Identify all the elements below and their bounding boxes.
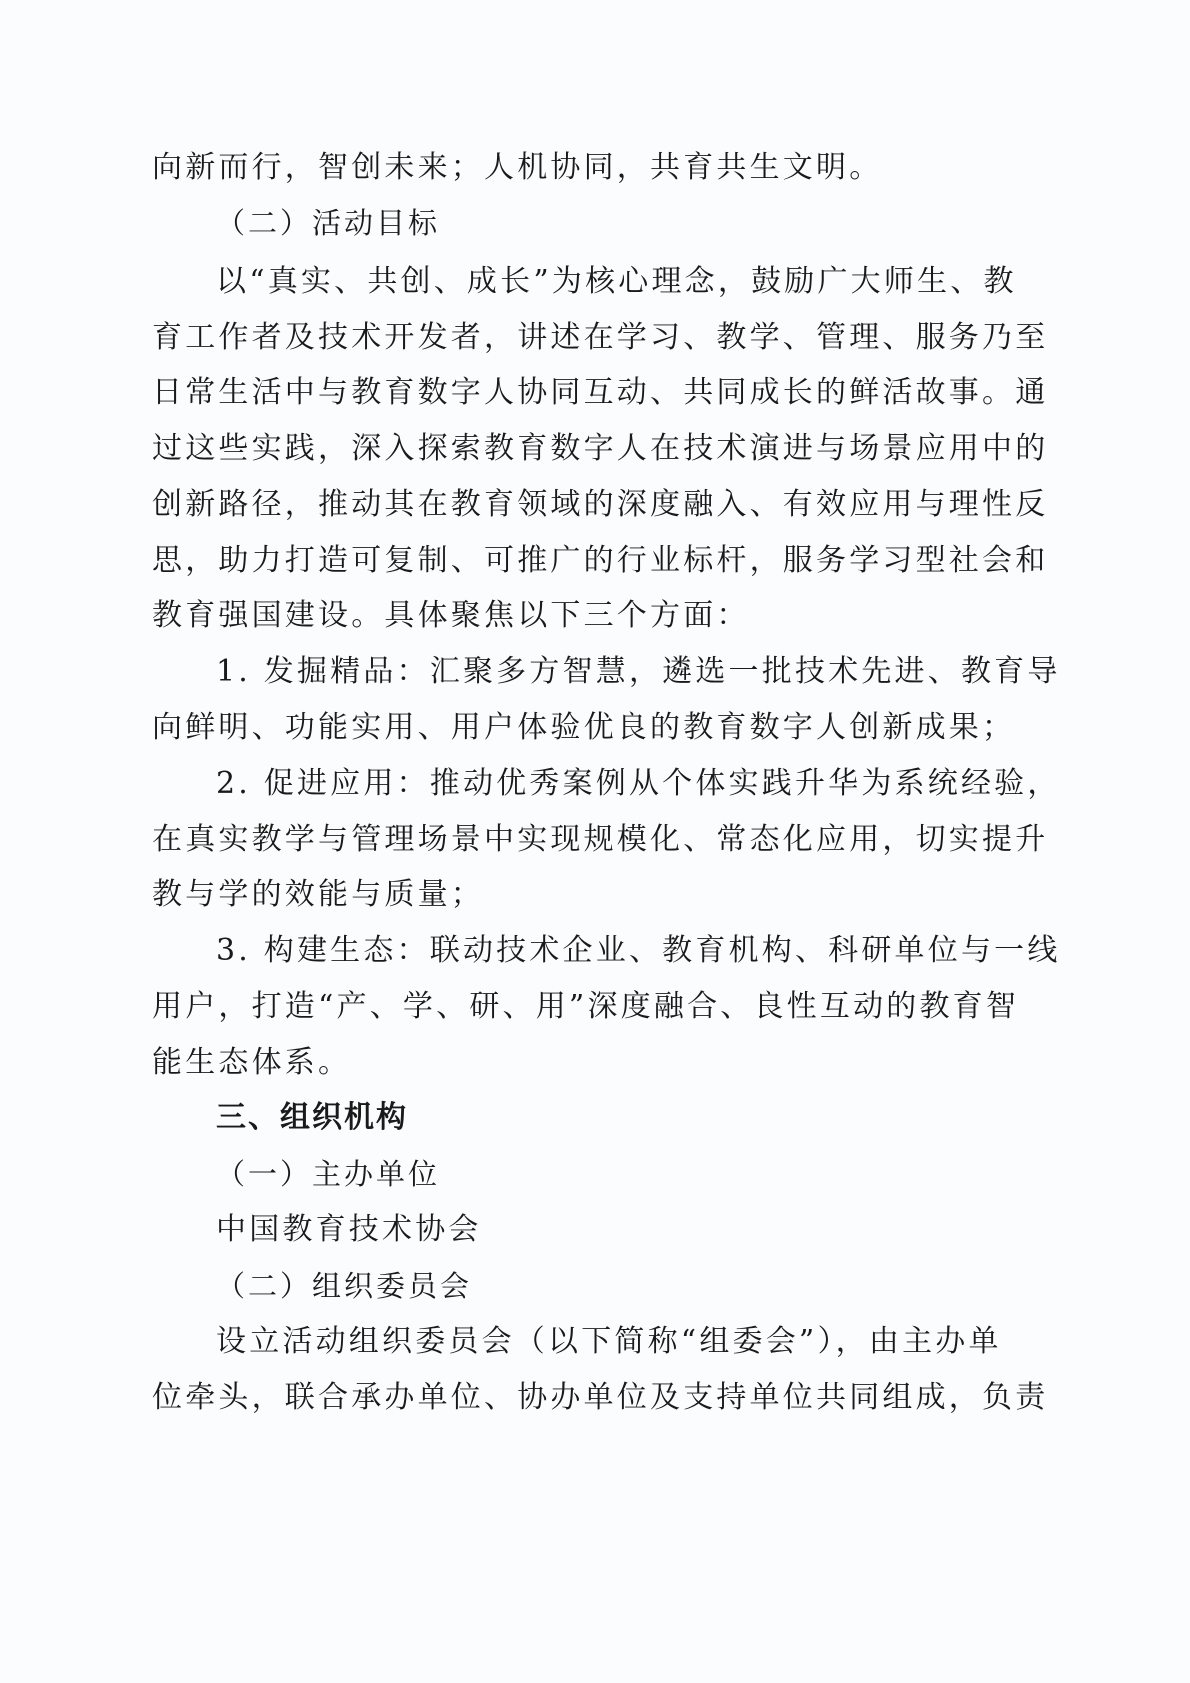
paragraph-line: 以“真实、共创、成长”为核心理念，鼓励广大师生、教 bbox=[216, 264, 1096, 300]
host-organization-name: 中国教育技术协会 bbox=[216, 1212, 1096, 1248]
paragraph-line: 创新路径，推动其在教育领域的深度融入、有效应用与理性反 bbox=[152, 487, 1032, 523]
paragraph-line: 日常生活中与教育数字人协同互动、共同成长的鲜活故事。通 bbox=[152, 375, 1032, 411]
paragraph-line: 设立活动组织委员会（以下简称“组委会”），由主办单 bbox=[216, 1324, 1096, 1360]
paragraph-line: 过这些实践，深入探索教育数字人在技术演进与场景应用中的 bbox=[152, 431, 1032, 467]
paragraph-line: 向新而行，智创未来；人机协同，共育共生文明。 bbox=[152, 150, 1032, 186]
paragraph-line: 教育强国建设。具体聚焦以下三个方面： bbox=[152, 598, 1032, 634]
sub-heading-organizing-committee: （二）组织委员会 bbox=[216, 1268, 1096, 1304]
paragraph-line: 育工作者及技术开发者，讲述在学习、教学、管理、服务乃至 bbox=[152, 320, 1032, 356]
paragraph-line: 向鲜明、功能实用、用户体验优良的教育数字人创新成果； bbox=[152, 710, 1032, 746]
section-heading-organization: 三、组织机构 bbox=[216, 1100, 1096, 1136]
list-item-1: 1. 发掘精品：汇聚多方智慧，遴选一批技术先进、教育导 bbox=[216, 654, 1096, 690]
sub-heading-host-unit: （一）主办单位 bbox=[216, 1156, 1096, 1192]
sub-heading-activity-goals: （二）活动目标 bbox=[216, 205, 1096, 241]
list-item-2: 2. 促进应用：推动优秀案例从个体实践升华为系统经验， bbox=[216, 766, 1096, 802]
paragraph-line: 在真实教学与管理场景中实现规模化、常态化应用，切实提升 bbox=[152, 822, 1032, 858]
list-item-3: 3. 构建生态：联动技术企业、教育机构、科研单位与一线 bbox=[216, 933, 1096, 969]
paragraph-line: 教与学的效能与质量； bbox=[152, 877, 1032, 913]
paragraph-line: 思，助力打造可复制、可推广的行业标杆，服务学习型社会和 bbox=[152, 543, 1032, 579]
paragraph-line: 用户，打造“产、学、研、用”深度融合、良性互动的教育智 bbox=[152, 989, 1032, 1025]
paragraph-line: 位牵头，联合承办单位、协办单位及支持单位共同组成，负责 bbox=[152, 1380, 1032, 1416]
paragraph-line: 能生态体系。 bbox=[152, 1045, 1032, 1081]
document-page: 向新而行，智创未来；人机协同，共育共生文明。 （二）活动目标 以“真实、共创、成… bbox=[0, 0, 1190, 1683]
